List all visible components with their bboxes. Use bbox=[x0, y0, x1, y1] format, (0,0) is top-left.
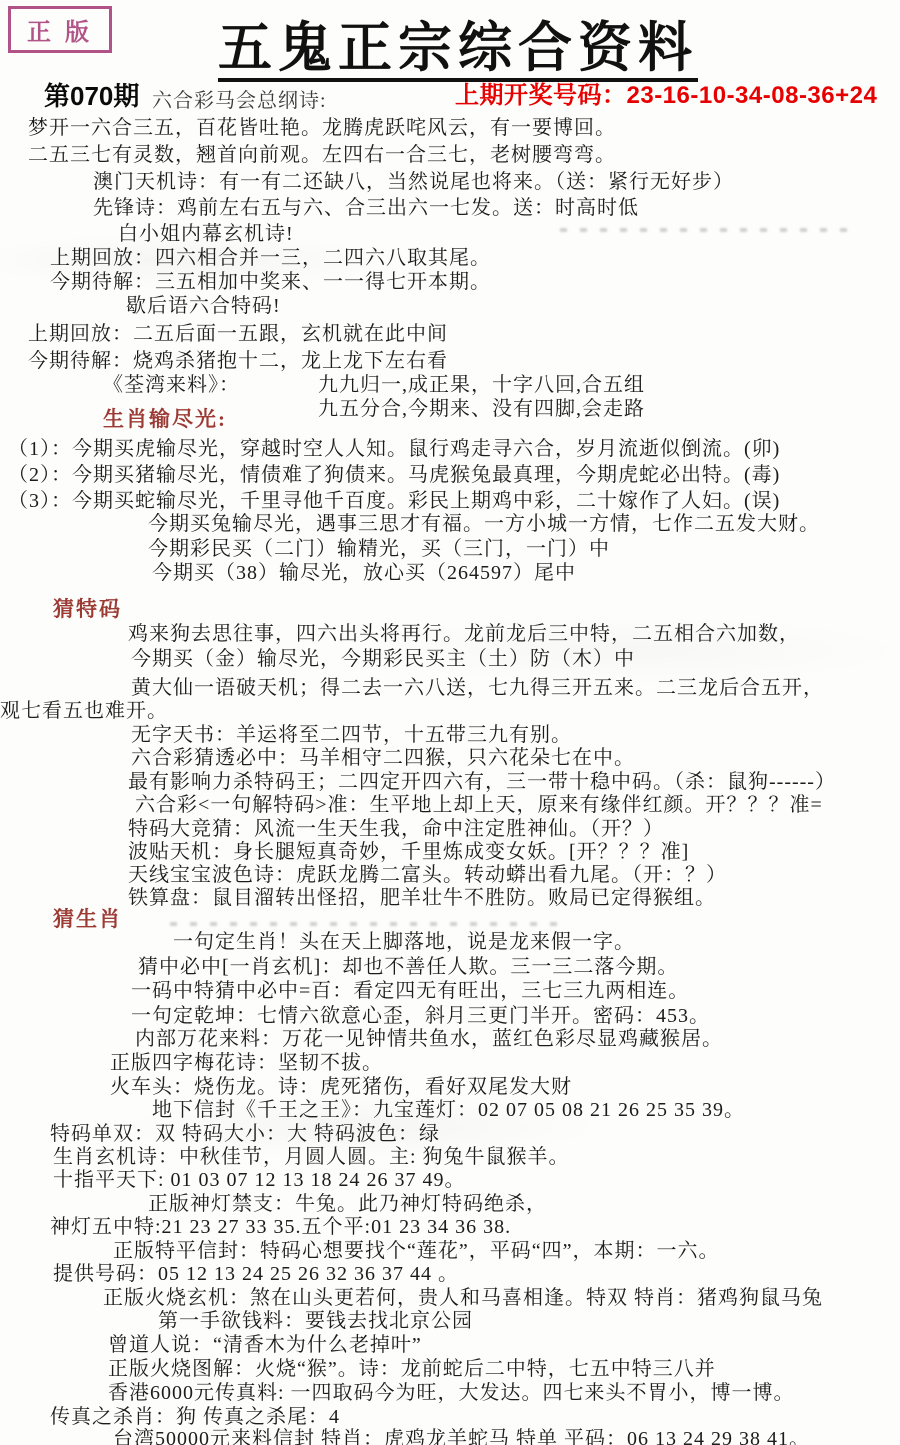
text-line: 台湾50000元来料信封 特肖：虎鸡龙羊蛇马 特单 平码：06 13 24 29… bbox=[113, 1428, 810, 1445]
text-line: 最有影响力杀特码王；二四定开四六有，三一带十稳中码。（杀：鼠狗------） bbox=[128, 771, 836, 793]
section-heading: 生肖输尽光: bbox=[103, 408, 227, 431]
text-line: 香港6000元传真料: 一四取码今为旺，大发达。四七来头不胃小，博一博。 bbox=[108, 1382, 795, 1404]
text-line: 一句定乾坤：七情六欲意心歪，斜月三更门半开。密码：453。 bbox=[131, 1005, 710, 1027]
text-line: 猜中必中[一肖玄机]：却也不善任人欺。三一三二落今期。 bbox=[138, 956, 678, 978]
text-line: 六合彩<一句解特码>准：生平地上却上天，原来有缘伴红颜。开？？？准= bbox=[135, 794, 823, 816]
text-line: 今期待解：三五相加中奖来、一一得七开本期。 bbox=[50, 271, 491, 293]
text-line: 特码大竞猜：风流一生天生我，命中注定胜神仙。（开？） bbox=[128, 818, 664, 840]
text-line: 先锋诗：鸡前左右五与六、合三出六一七发。送：时高时低 bbox=[93, 197, 639, 219]
text-line: 第一手欲钱料：要钱去找北京公园 bbox=[158, 1310, 473, 1332]
last-draw-numbers: 上期开奖号码：23-16-10-34-08-36+24 bbox=[455, 83, 877, 109]
text-line: 火车头：烧伤龙。诗：虎死猪伤，看好双尾发大财 bbox=[110, 1076, 572, 1098]
text-line: 鸡来狗去思往事，四六出头将再行。龙前龙后三中特，二五相合六加数， bbox=[128, 623, 800, 645]
section-heading: 猜特码 bbox=[53, 598, 122, 621]
text-line: 地下信封《千王之王》：九宝莲灯：02 07 05 08 21 26 25 35 … bbox=[152, 1099, 745, 1121]
text-line: 一码中特猜中必中=百：看定四无有旺出，三七三九两相连。 bbox=[131, 980, 689, 1002]
text-line: 一句定生肖！头在天上脚落地，说是龙来假一字。 bbox=[173, 931, 635, 953]
text-line: 梦开一六合三五，百花皆吐艳。龙腾虎跃咤风云，有一要博回。 bbox=[28, 117, 616, 139]
document-body: 上期开奖号码：23-16-10-34-08-36+24六合彩马会总纲诗:梦开一六… bbox=[0, 0, 900, 1445]
text-line: 上期回放：二五后面一五跟，玄机就在此中间 bbox=[28, 323, 448, 345]
text-line: 澳门天机诗：有一有二还缺八，当然说尾也将来。（送：紧行无好步） bbox=[93, 171, 734, 193]
text-line: 正版火烧图解：火烧“猴”。诗：龙前蛇后二中特，七五中特三八并 bbox=[108, 1358, 716, 1380]
scan-smudge bbox=[560, 228, 860, 232]
text-line: （1）：今期买虎输尽光，穿越时空人人知。鼠行鸡走寻六合，岁月流逝似倒流。(卯) bbox=[8, 438, 780, 460]
text-line: （3）：今期买蛇输尽光，千里寻他千百度。彩民上期鸡中彩，二十嫁作了人妇。(误) bbox=[8, 490, 780, 512]
text-line: 今期彩民买（二门）输精光，买（三门，一门）中 bbox=[148, 538, 610, 560]
tip-sheet-page: 正版 五鬼正宗综合资料 第070期 上期开奖号码：23-16-10-34-08-… bbox=[0, 0, 900, 1445]
text-line: 六合彩猜透必中：马羊相守二四猴，只六花朵七在中。 bbox=[131, 747, 635, 769]
text-line: 上期回放：四六相合并一三，二四六八取其尾。 bbox=[50, 247, 491, 269]
text-line: 白小姐内幕玄机诗! bbox=[118, 223, 294, 245]
text-line: （2）：今期买猪输尽光，情债难了狗债来。马虎猴兔最真理，今期虎蛇必出特。(毒) bbox=[8, 464, 780, 486]
text-line: 今期买（金）输尽光，今期彩民买主（土）防（木）中 bbox=[131, 648, 635, 670]
text-line: 正版特平信封：特码心想要找个“莲花”，平码“四”，本期：一六。 bbox=[113, 1240, 720, 1262]
text-line: 提供号码：05 12 13 24 25 26 32 36 37 44 。 bbox=[53, 1263, 459, 1285]
text-line: 六合彩马会总纲诗: bbox=[152, 90, 327, 112]
text-line: 二五三七有灵数，翘首向前观。左四右一合三七，老树腰弯弯。 bbox=[28, 144, 616, 166]
text-line: 《荃湾来料》： bbox=[103, 374, 240, 396]
text-line: 今期买（38）输尽光，放心买（264597）尾中 bbox=[152, 562, 576, 584]
text-line: 黄大仙一语破天机；得二去一六八送，七九得三开五来。二三龙后合五开， bbox=[131, 677, 824, 699]
text-line: 特码单双：双 特码大小：大 特码波色：绿 bbox=[50, 1123, 440, 1145]
text-line: 观七看五也难开。 bbox=[0, 700, 168, 722]
text-line: 曾道人说：“清香木为什么老掉叶” bbox=[108, 1334, 422, 1356]
text-line: 铁算盘：鼠目溜转出怪招，肥羊壮牛不胜防。败局已定得猴组。 bbox=[128, 887, 716, 909]
text-line: 传真之杀肖：狗 传真之杀尾：4 bbox=[50, 1406, 340, 1428]
text-line: 无字天书：羊运将至二四节，十五带三九有别。 bbox=[131, 724, 572, 746]
text-line: 十指平天下: 01 03 07 12 13 18 24 26 37 49。 bbox=[53, 1169, 466, 1191]
text-line: 正版四字梅花诗：坚韧不拔。 bbox=[110, 1052, 383, 1074]
text-line: 正版火烧玄机：煞在山头更若何，贵人和马喜相逢。特双 特肖：猪鸡狗鼠马兔 bbox=[103, 1287, 823, 1309]
section-heading: 猜生肖 bbox=[53, 908, 122, 931]
text-line: 九五分合,今期来、没有四脚,会走路 bbox=[318, 398, 645, 420]
text-line: 生肖玄机诗：中秋佳节，月圆人圆。主: 狗兔牛鼠猴羊。 bbox=[53, 1146, 570, 1168]
text-line: 内部万花来料：万花一见钟情共鱼水，蓝红色彩尽显鸡藏猴居。 bbox=[135, 1028, 723, 1050]
text-line: 正版神灯禁支：牛兔。此乃神灯特码绝杀， bbox=[148, 1193, 547, 1215]
text-line: 天线宝宝波色诗：虎跃龙腾二富头。转动蟒出看九尾。（开：？） bbox=[128, 864, 727, 886]
text-line: 九九归一,成正果，十字八回,合五组 bbox=[318, 374, 645, 396]
text-line: 今期买兔输尽光，遇事三思才有福。一方小城一方情，七作二五发大财。 bbox=[148, 513, 820, 535]
text-line: 波贴天机：身长腿短真奇妙，千里炼成变女妖。[开？？？准] bbox=[128, 841, 689, 863]
text-line: 神灯五中特:21 23 27 33 35.五个平:01 23 34 36 38. bbox=[50, 1216, 511, 1238]
text-line: 今期待解：烧鸡杀猪抱十二，龙上龙下左右看 bbox=[28, 350, 448, 372]
scan-smudge bbox=[170, 922, 570, 926]
text-line: 歇后语六合特码! bbox=[126, 295, 281, 317]
